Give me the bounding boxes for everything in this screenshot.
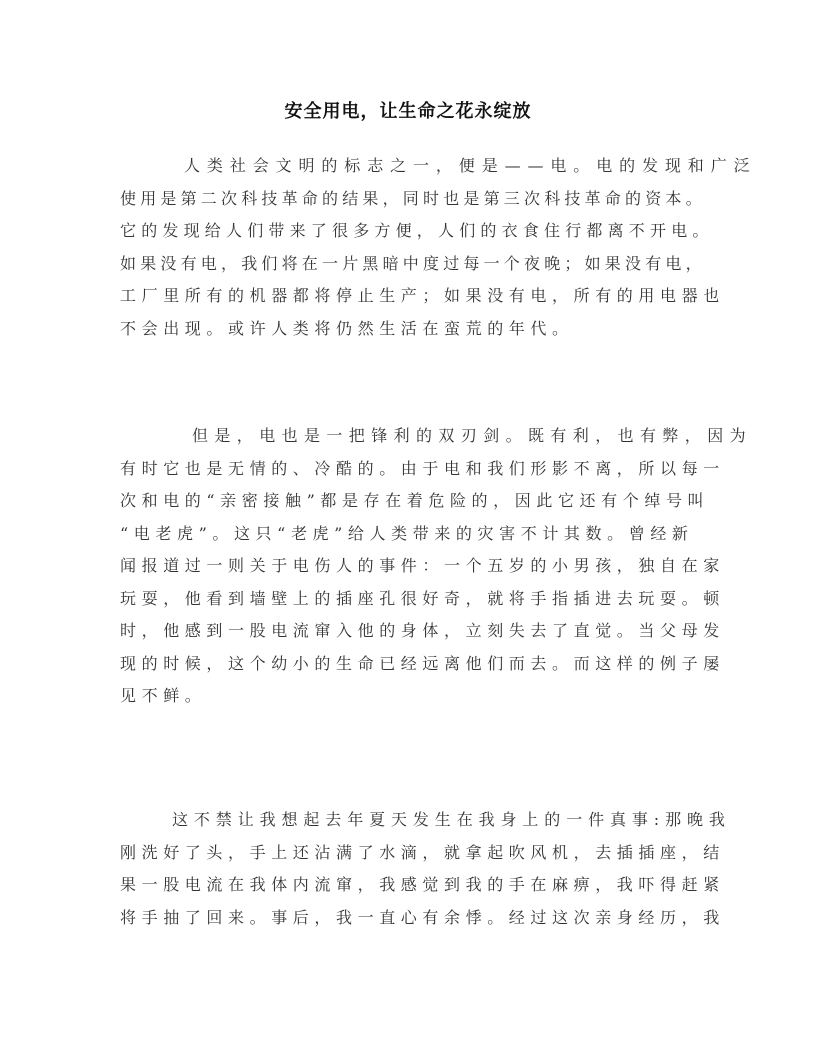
- text-line: 工厂里所有的机器都将停止生产；如果没有电，所有的用电器也: [120, 280, 700, 313]
- text-line: 现的时候，这个幼小的生命已经远离他们而去。而这样的例子屡: [120, 648, 700, 681]
- text-line: 如果没有电，我们将在一片黑暗中度过每一个夜晚；如果没有电，: [120, 248, 700, 281]
- text-line: 次和电的“亲密接触”都是存在着危险的，因此它还有个绰号叫: [120, 485, 700, 518]
- text-line: 将手抽了回来。事后，我一直心有余悸。经过这次亲身经历，我: [120, 902, 700, 935]
- document-title: 安全用电，让生命之花永绽放: [0, 97, 816, 123]
- paragraph-1: 人类社会文明的标志之一，便是——电。电的发现和广泛 使用是第二次科技革命的结果，…: [120, 150, 700, 345]
- text-line: 玩耍，他看到墙壁上的插座孔很好奇，就将手指插进去玩耍。顿: [120, 583, 700, 616]
- text-line: 刚洗好了头，手上还沾满了水滴，就拿起吹风机，去插插座，结: [120, 837, 700, 870]
- text-line: 果一股电流在我体内流窜，我感觉到我的手在麻痹，我吓得赶紧: [120, 869, 700, 902]
- text-line: 见不鲜。: [120, 680, 700, 713]
- text-line: 但是，电也是一把锋利的双刃剑。既有利，也有弊，因为: [120, 420, 700, 453]
- text-line: 人类社会文明的标志之一，便是——电。电的发现和广泛: [120, 150, 700, 183]
- text-line: “电老虎”。这只“老虎”给人类带来的灾害不计其数。曾经新: [120, 518, 700, 551]
- text-line: 使用是第二次科技革命的结果，同时也是第三次科技革命的资本。: [120, 183, 700, 216]
- text-line: 有时它也是无情的、冷酷的。由于电和我们形影不离，所以每一: [120, 453, 700, 486]
- paragraph-2: 但是，电也是一把锋利的双刃剑。既有利，也有弊，因为 有时它也是无情的、冷酷的。由…: [120, 420, 700, 713]
- text-line: 这不禁让我想起去年夏天发生在我身上的一件真事:那晚我: [120, 804, 700, 837]
- text-line: 不会出现。或许人类将仍然生活在蛮荒的年代。: [120, 313, 700, 346]
- text-line: 它的发现给人们带来了很多方便，人们的衣食住行都离不开电。: [120, 215, 700, 248]
- text-line: 闻报道过一则关于电伤人的事件：一个五岁的小男孩，独自在家: [120, 550, 700, 583]
- paragraph-3: 这不禁让我想起去年夏天发生在我身上的一件真事:那晚我 刚洗好了头，手上还沾满了水…: [120, 804, 700, 934]
- text-line: 时，他感到一股电流窜入他的身体，立刻失去了直觉。当父母发: [120, 615, 700, 648]
